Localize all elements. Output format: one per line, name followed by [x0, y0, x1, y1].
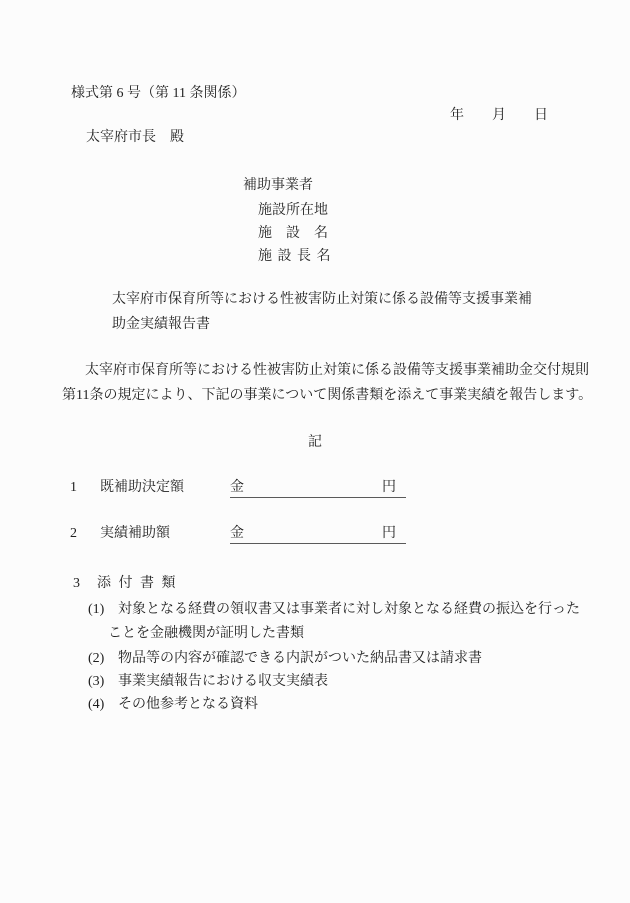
item-1-currency-suffix: 円 [382, 481, 396, 495]
attachment-2-text-line-1: 物品等の内容が確認できる内訳がついた納品書又は請求書 [118, 652, 482, 666]
issue-date-line: 年 月 日 [450, 109, 548, 123]
attachment-1-text-line-1: 対象となる経費の領収書又は事業者に対し対象となる経費の振込を行った [118, 603, 580, 617]
body-paragraph-line-2: 第11条の規定により、下記の事業について関係書類を添えて事業実績を報告します。 [62, 389, 592, 403]
body-paragraph-line-1: 太宰府市保育所等における性被害防止対策に係る設備等支援事業補助金交付規則 [85, 364, 589, 378]
form-number: 様式第 6 号（第 11 条関係） [71, 87, 245, 101]
attachments-section-number: 3 [73, 577, 80, 591]
attachments-section-heading: 添 付 書 類 [97, 577, 176, 591]
applicant-field-director-name: 施 設 長 名 [258, 250, 331, 264]
item-2-amount-blank: 金 円 [230, 527, 406, 544]
document-title-line-1: 太宰府市保育所等における性被害防止対策に係る設備等支援事業補 [112, 293, 532, 307]
ki-section-marker: 記 [0, 436, 630, 450]
document-title-line-2: 助金実績報告書 [112, 318, 210, 332]
attachment-4-number: (4) [88, 698, 104, 712]
item-1-number: 1 [70, 481, 77, 495]
document-page: 様式第 6 号（第 11 条関係） 年 月 日 太宰府市長 殿 補助事業者 施設… [0, 0, 630, 903]
item-1-label: 既補助決定額 [100, 481, 184, 495]
attachment-4-text-line-1: その他参考となる資料 [118, 698, 258, 712]
applicant-section-heading: 補助事業者 [243, 179, 313, 193]
applicant-field-address: 施設所在地 [258, 204, 328, 218]
applicant-field-facility-name: 施 設 名 [258, 227, 328, 241]
attachment-1-text-line-2: ことを金融機関が証明した書類 [108, 627, 304, 641]
attachment-3-number: (3) [88, 675, 104, 689]
item-2-number: 2 [70, 527, 77, 541]
item-1-currency-prefix: 金 [230, 481, 244, 495]
attachment-2-number: (2) [88, 652, 104, 666]
item-2-currency-suffix: 円 [382, 527, 396, 541]
item-2-label: 実績補助額 [100, 527, 170, 541]
item-1-amount-blank: 金 円 [230, 481, 406, 498]
item-2-currency-prefix: 金 [230, 527, 244, 541]
addressee-line: 太宰府市長 殿 [86, 131, 184, 145]
attachment-1-number: (1) [88, 603, 104, 617]
attachment-3-text-line-1: 事業実績報告における収支実績表 [118, 675, 328, 689]
